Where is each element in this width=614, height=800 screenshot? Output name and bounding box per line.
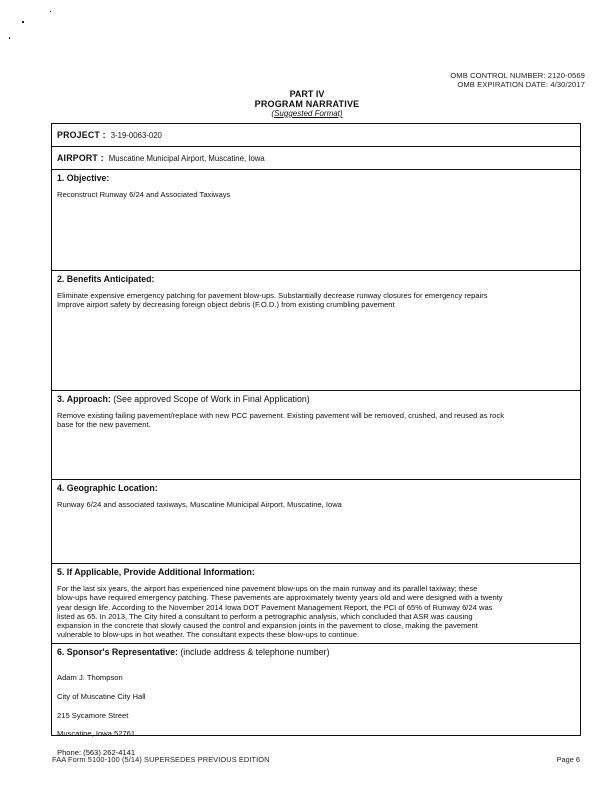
section-heading: 6. Sponsor's Representative: (include ad… xyxy=(57,644,575,658)
airport-value: Muscatine Municipal Airport, Muscatine, … xyxy=(109,154,265,163)
section-title: Objective: xyxy=(67,173,110,183)
section-geographic-location: 4. Geographic Location: Runway 6/24 and … xyxy=(52,480,580,564)
sponsor-street: 215 Sycamore Street xyxy=(57,711,575,720)
section-note: (See approved Scope of Work in Final App… xyxy=(113,394,309,404)
section-number: 5. xyxy=(57,567,64,577)
section-body: Eliminate expensive emergency patching f… xyxy=(57,291,575,310)
section-number: 3. xyxy=(57,394,64,404)
page-number: Page 6 xyxy=(557,755,580,764)
section-body: Remove existing failing pavement/replace… xyxy=(57,411,575,430)
form-identifier: FAA Form 5100-100 (5/14) SUPERSEDES PREV… xyxy=(52,755,270,764)
section-title: Approach: xyxy=(67,394,111,404)
section-number: 4. xyxy=(57,483,64,493)
section-heading: 1. Objective: xyxy=(57,170,575,184)
document-title-block: PART IV PROGRAM NARRATIVE (Suggested For… xyxy=(0,89,614,119)
section-title: Geographic Location: xyxy=(67,483,158,493)
project-label: PROJECT : xyxy=(57,130,106,140)
airport-label: AIRPORT : xyxy=(57,153,104,163)
section-title: Benefits Anticipated: xyxy=(67,274,155,284)
section-heading: 3. Approach: (See approved Scope of Work… xyxy=(57,391,575,405)
section-heading: 5. If Applicable, Provide Additional Inf… xyxy=(57,564,575,578)
section-number: 1. xyxy=(57,173,64,183)
page-title: PROGRAM NARRATIVE xyxy=(0,99,614,109)
section-additional-information: 5. If Applicable, Provide Additional Inf… xyxy=(52,564,580,644)
omb-control-number: OMB CONTROL NUMBER: 2120-0569 xyxy=(450,71,585,80)
section-title: If Applicable, Provide Additional Inform… xyxy=(67,567,255,577)
omb-expiration-date: OMB EXPIRATION DATE: 4/30/2017 xyxy=(450,80,585,89)
project-value: 3-19-0063-020 xyxy=(111,131,162,140)
section-body: Reconstruct Runway 6/24 and Associated T… xyxy=(57,190,575,199)
scan-artifact xyxy=(50,11,51,12)
section-sponsor-representative: 6. Sponsor's Representative: (include ad… xyxy=(52,644,580,736)
scan-artifact xyxy=(22,21,24,23)
part-label: PART IV xyxy=(0,89,614,99)
page-subtitle: (Suggested Format) xyxy=(0,109,614,119)
section-title: Sponsor's Representative: xyxy=(67,647,178,657)
airport-row: AIRPORT : Muscatine Municipal Airport, M… xyxy=(52,147,580,170)
omb-info: OMB CONTROL NUMBER: 2120-0569 OMB EXPIRA… xyxy=(450,71,585,89)
section-note: (include address & telephone number) xyxy=(180,647,329,657)
sponsor-city-state-zip: Muscatine, Iowa 52761 xyxy=(57,729,575,738)
section-approach: 3. Approach: (See approved Scope of Work… xyxy=(52,391,580,480)
sponsor-contact: Adam J. Thompson City of Muscatine City … xyxy=(57,664,575,767)
section-number: 6. xyxy=(57,647,64,657)
sponsor-organization: City of Muscatine City Hall xyxy=(57,692,575,701)
sponsor-name: Adam J. Thompson xyxy=(57,673,575,682)
section-objective: 1. Objective: Reconstruct Runway 6/24 an… xyxy=(52,170,580,271)
section-heading: 2. Benefits Anticipated: xyxy=(57,271,575,285)
section-heading: 4. Geographic Location: xyxy=(57,480,575,494)
project-row: PROJECT : 3-19-0063-020 xyxy=(52,124,580,147)
program-narrative-form: PROJECT : 3-19-0063-020 AIRPORT : Muscat… xyxy=(51,123,581,736)
section-number: 2. xyxy=(57,274,64,284)
section-benefits: 2. Benefits Anticipated: Eliminate expen… xyxy=(52,271,580,391)
section-body: Runway 6/24 and associated taxiways, Mus… xyxy=(57,500,575,509)
section-body: For the last six years, the airport has … xyxy=(57,584,575,640)
scan-artifact xyxy=(9,37,10,39)
